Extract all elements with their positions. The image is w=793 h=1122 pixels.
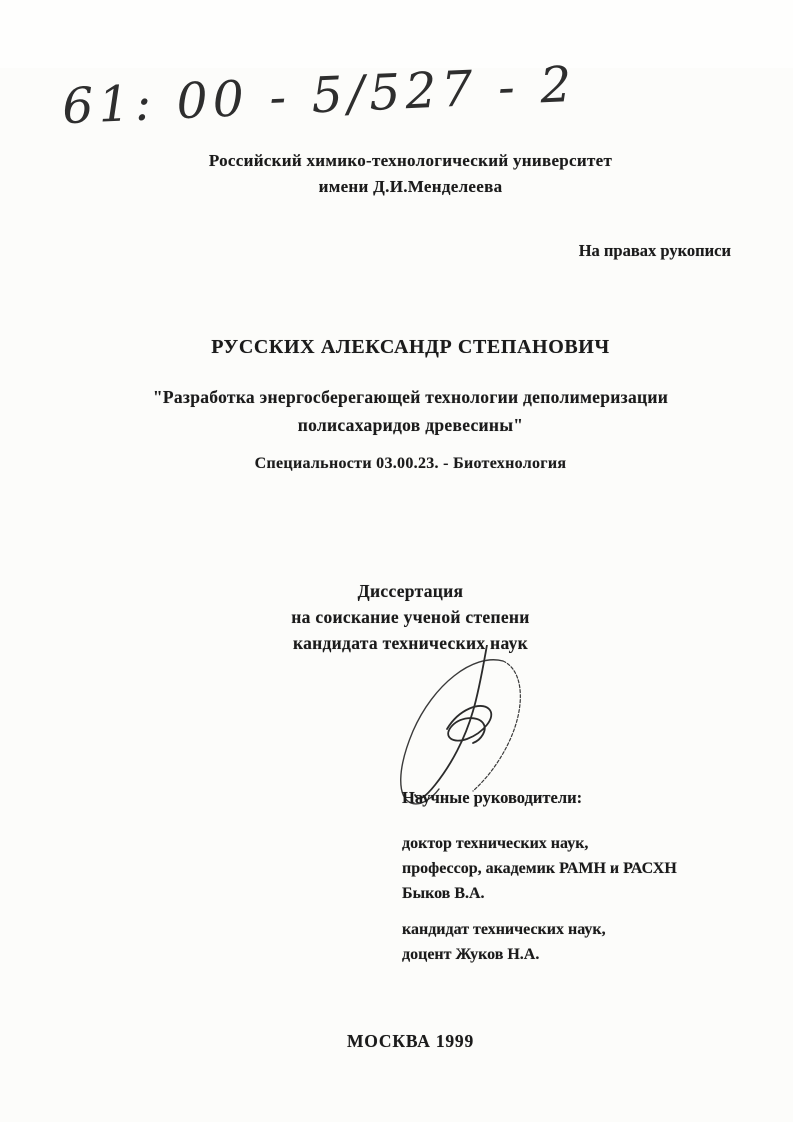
supervisor-2-block: кандидат технических наук, доцент Жуков … [402,917,606,967]
signature-strokes [375,645,555,810]
dissertation-line2: на соискание ученой степени [28,604,793,630]
supervisor-1-line1: доктор технических наук, [402,831,677,856]
manuscript-rights-note: На правах рукописи [579,241,731,261]
author-name: РУССКИХ АЛЕКСАНДР СТЕПАНОВИЧ [0,336,793,359]
thesis-title-line2: полисахаридов древесины" [28,411,793,439]
specialty-line: Специальности 03.00.23. - Биотехнология [0,455,793,473]
university-name: Российский химико-технологический универ… [0,148,793,200]
thesis-title: "Разработка энергосберегающей технологии… [0,383,793,439]
handwritten-signature [375,645,555,810]
dissertation-line1: Диссертация [28,578,793,604]
supervisor-1-line2: профессор, академик РАМН и РАСХН [402,856,677,881]
thesis-title-line1: "Разработка энергосберегающей технологии… [28,383,793,411]
supervisor-2-line2: доцент Жуков Н.А. [402,942,606,967]
supervisor-1-block: доктор технических наук, профессор, акад… [402,831,677,906]
supervisor-2-line1: кандидат технических наук, [402,917,606,942]
university-line1: Российский химико-технологический универ… [28,148,793,174]
city-year: МОСКВА 1999 [0,1031,793,1052]
supervisors-label: Научные руководители: [402,788,582,808]
supervisor-1-line3: Быков В.А. [402,881,677,906]
dissertation-title-page: 61: 00 - 5/527 - 2 Российский химико-тех… [0,0,793,1122]
university-line2: имени Д.И.Менделеева [28,174,793,200]
